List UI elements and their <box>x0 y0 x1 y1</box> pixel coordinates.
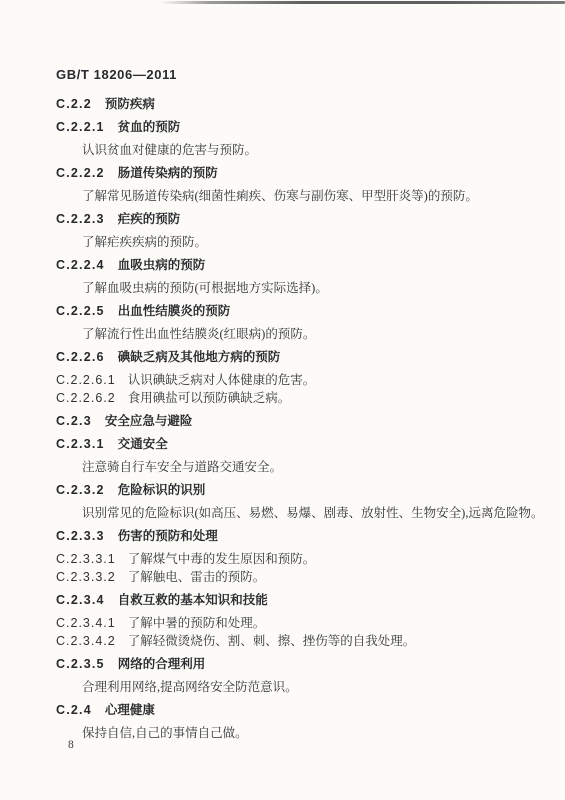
standard-number-header: GB/T 18206—2011 <box>56 67 177 82</box>
clause-title: 危险标识的识别 <box>118 483 206 497</box>
body-text: 了解血吸虫病的预防(可根据地方实际选择)。 <box>0 282 565 295</box>
clause-text: 认识碘缺乏病对人体健康的危害。 <box>128 373 316 387</box>
clause-title: 贫血的预防 <box>118 120 181 134</box>
clause-line: C.2.3.4自救互救的基本知识和技能 <box>0 594 565 607</box>
clause-line: C.2.3.3伤害的预防和处理 <box>0 530 565 543</box>
clause-line: C.2.2.6.2食用碘盐可以预防碘缺乏病。 <box>0 392 565 405</box>
clause-title: 自救互救的基本知识和技能 <box>118 593 268 607</box>
clause-line: C.2.2.4血吸虫病的预防 <box>0 259 565 272</box>
clause-number: C.2.2.6 <box>56 351 105 364</box>
scanned-document-page: { "page": { "standard_number": "GB/T 182… <box>0 0 565 800</box>
clause-text: 了解轻微烫烧伤、割、刺、擦、挫伤等的自我处理。 <box>128 634 416 648</box>
clause-line: C.2.3.3.1了解煤气中毒的发生原因和预防。 <box>0 553 565 566</box>
clause-title: 疟疾的预防 <box>118 212 181 226</box>
clause-line: C.2.3.4.2了解轻微烫烧伤、割、刺、擦、挫伤等的自我处理。 <box>0 635 565 648</box>
body-text: 了解流行性出血性结膜炎(红眼病)的预防。 <box>0 328 565 341</box>
clause-line: C.2.2.1贫血的预防 <box>0 121 565 134</box>
clause-number: C.2.3.4.2 <box>56 635 116 648</box>
clause-text: 注意骑自行车安全与道路交通安全。 <box>82 460 282 474</box>
body-text: 了解疟疾疾病的预防。 <box>0 236 565 249</box>
clause-text: 了解血吸虫病的预防(可根据地方实际选择)。 <box>82 281 328 295</box>
clause-title: 血吸虫病的预防 <box>118 258 206 272</box>
clause-line: C.2.4心理健康 <box>0 704 565 717</box>
clause-line: C.2.2.3疟疾的预防 <box>0 213 565 226</box>
clause-title: 伤害的预防和处理 <box>118 529 218 543</box>
clause-line: C.2.2.5出血性结膜炎的预防 <box>0 305 565 318</box>
clause-number: C.2.2.5 <box>56 305 105 318</box>
body-text: 合理利用网络,提高网络安全防范意识。 <box>0 681 565 694</box>
clause-number: C.2.3.3.1 <box>56 553 116 566</box>
clause-number: C.2.3 <box>56 415 92 428</box>
clause-line: C.2.2.6碘缺乏病及其他地方病的预防 <box>0 351 565 364</box>
clause-number: C.2.3.1 <box>56 438 105 451</box>
clause-line: C.2.3.1交通安全 <box>0 438 565 451</box>
clause-number: C.2.4 <box>56 704 92 717</box>
clause-number: C.2.3.4.1 <box>56 617 116 630</box>
clause-text: 了解煤气中毒的发生原因和预防。 <box>128 552 316 566</box>
clause-number: C.2.2 <box>56 98 92 111</box>
clause-line: C.2.2.2肠道传染病的预防 <box>0 167 565 180</box>
clause-title: 网络的合理利用 <box>118 657 206 671</box>
clause-number: C.2.3.4 <box>56 594 105 607</box>
clause-line: C.2.3安全应急与避险 <box>0 415 565 428</box>
body-text: 注意骑自行车安全与道路交通安全。 <box>0 461 565 474</box>
clause-number: C.2.2.3 <box>56 213 105 226</box>
clause-text: 食用碘盐可以预防碘缺乏病。 <box>128 391 291 405</box>
clause-number: C.2.2.4 <box>56 259 105 272</box>
clause-text: 保持自信,自己的事情自己做。 <box>82 726 248 740</box>
clause-number: C.2.2.6.2 <box>56 392 116 405</box>
clause-title: 交通安全 <box>118 437 168 451</box>
clause-text: 了解触电、雷击的预防。 <box>128 570 266 584</box>
clause-text: 合理利用网络,提高网络安全防范意识。 <box>82 680 298 694</box>
clause-line: C.2.3.3.2了解触电、雷击的预防。 <box>0 571 565 584</box>
clause-text: 了解疟疾疾病的预防。 <box>82 235 207 249</box>
clause-text: 认识贫血对健康的危害与预防。 <box>82 143 257 157</box>
clause-number: C.2.3.5 <box>56 658 105 671</box>
body-text: 识别常见的危险标识(如高压、易燃、易爆、剧毒、放射性、生物安全),远离危险物。 <box>0 507 565 520</box>
page-number: 8 <box>68 739 74 751</box>
body-text: 保持自信,自己的事情自己做。 <box>0 727 565 740</box>
clause-title: 碘缺乏病及其他地方病的预防 <box>118 350 281 364</box>
clause-line: C.2.3.5网络的合理利用 <box>0 658 565 671</box>
clause-line: C.2.2预防疾病 <box>0 98 565 111</box>
clause-line: C.2.3.4.1了解中暑的预防和处理。 <box>0 617 565 630</box>
clause-title: 预防疾病 <box>105 97 155 111</box>
clause-number: C.2.3.3 <box>56 530 105 543</box>
clause-text: 了解流行性出血性结膜炎(红眼病)的预防。 <box>82 327 315 341</box>
clause-title: 肠道传染病的预防 <box>118 166 218 180</box>
body-text: 认识贫血对健康的危害与预防。 <box>0 144 565 157</box>
clause-title: 心理健康 <box>105 703 155 717</box>
clause-number: C.2.2.1 <box>56 121 105 134</box>
document-body: C.2.2预防疾病C.2.2.1贫血的预防认识贫血对健康的危害与预防。C.2.2… <box>0 98 565 740</box>
clause-text: 识别常见的危险标识(如高压、易燃、易爆、剧毒、放射性、生物安全),远离危险物。 <box>82 506 543 520</box>
clause-number: C.2.2.2 <box>56 167 105 180</box>
clause-title: 出血性结膜炎的预防 <box>118 304 231 318</box>
scan-edge-line <box>160 1 565 4</box>
clause-number: C.2.3.2 <box>56 484 105 497</box>
clause-line: C.2.3.2危险标识的识别 <box>0 484 565 497</box>
body-text: 了解常见肠道传染病(细菌性痢疾、伤寒与副伤寒、甲型肝炎等)的预防。 <box>0 190 565 203</box>
clause-text: 了解中暑的预防和处理。 <box>128 616 266 630</box>
clause-line: C.2.2.6.1认识碘缺乏病对人体健康的危害。 <box>0 374 565 387</box>
clause-number: C.2.3.3.2 <box>56 571 116 584</box>
clause-text: 了解常见肠道传染病(细菌性痢疾、伤寒与副伤寒、甲型肝炎等)的预防。 <box>82 189 478 203</box>
clause-number: C.2.2.6.1 <box>56 374 116 387</box>
clause-title: 安全应急与避险 <box>105 414 193 428</box>
